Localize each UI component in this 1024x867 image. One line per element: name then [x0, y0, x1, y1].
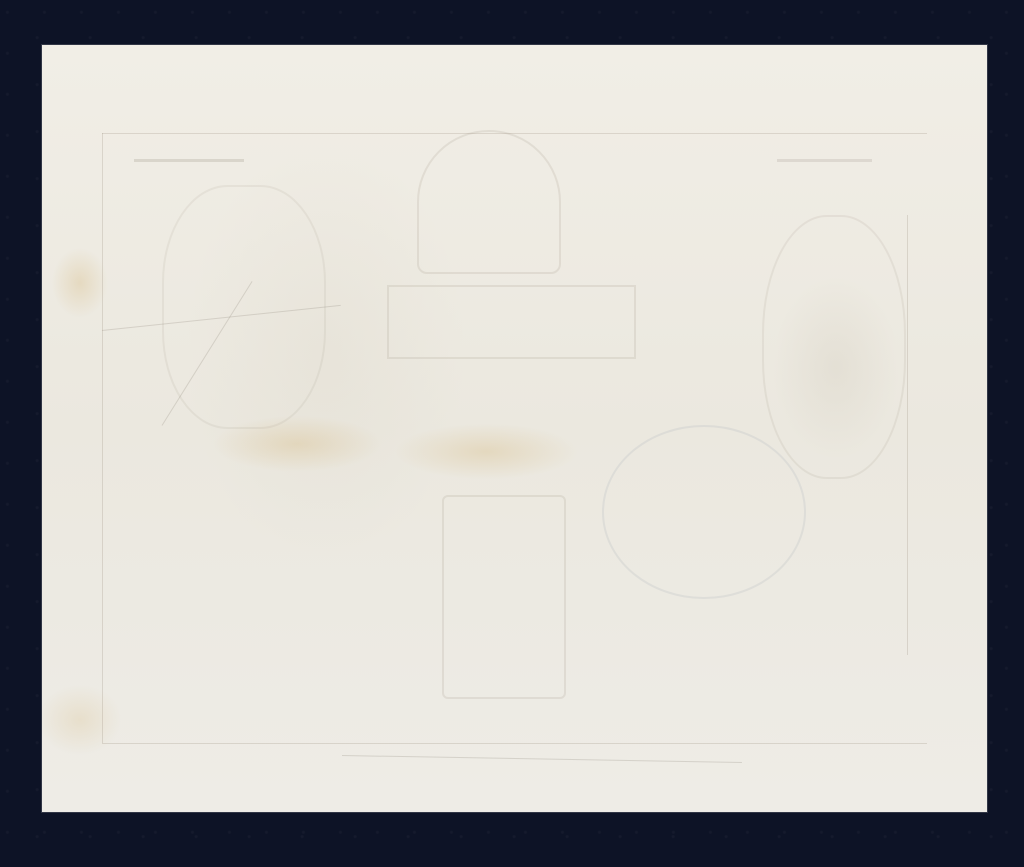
dark-background: [0, 0, 1024, 867]
right-lower-ornament-showthrough: [602, 425, 806, 599]
right-ornament-showthrough: [762, 215, 906, 479]
left-ornament-showthrough: [162, 185, 326, 429]
serial-showthrough-left: [134, 141, 244, 162]
right-frame-line: [907, 215, 908, 655]
left-frame-line: [102, 133, 103, 743]
center-emblem-showthrough: [417, 130, 561, 274]
bottom-frame-line: [102, 743, 927, 744]
lower-center-showthrough: [442, 495, 566, 699]
serial-showthrough-right: [777, 141, 872, 162]
center-text-showthrough: [402, 295, 622, 345]
banknote-reverse: [42, 45, 987, 812]
crease-lower: [342, 755, 742, 763]
